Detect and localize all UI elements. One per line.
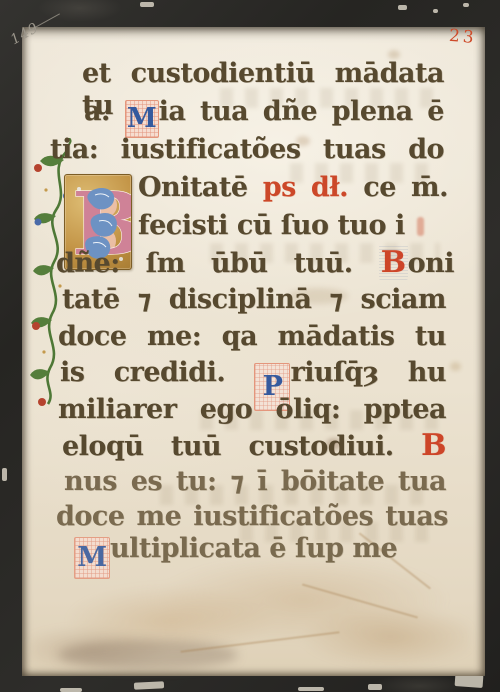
text-line: dñe: ſm ūbū tuū. Boni bbox=[56, 247, 454, 281]
line-text: tia: iustificatões tuas do bbox=[50, 134, 444, 165]
red-folio-number: 23 bbox=[448, 26, 477, 48]
line-text: fecisti cū ſuo tuo i bbox=[138, 210, 405, 241]
line-text: doce me iustificatões tuas bbox=[56, 501, 448, 532]
red-ink-smudge bbox=[417, 217, 424, 236]
line-text: riuſq̄ȝ hu bbox=[290, 357, 446, 388]
text-line: doce me: qa mādatis tu bbox=[58, 321, 446, 355]
text-line: miliarer ego ōliq: pptea bbox=[58, 394, 446, 428]
line-text: dñe: ſm ūbū tuū. bbox=[56, 248, 353, 279]
frame-paint-chip bbox=[60, 688, 82, 692]
frame-paint-chip bbox=[2, 468, 7, 481]
line-text: eloqū tuū custodiui. bbox=[62, 431, 394, 462]
text-line: tatē ⁊ disciplinā ⁊ sciam bbox=[62, 284, 446, 318]
frame-paint-chip bbox=[140, 2, 154, 7]
line-text: tatē ⁊ disciplinā ⁊ sciam bbox=[62, 284, 446, 315]
line-text: ce m̄. bbox=[363, 172, 448, 203]
line-text: doce me: qa mādatis tu bbox=[58, 321, 446, 352]
text-line: fecisti cū ſuo tuo i bbox=[138, 210, 428, 244]
frame-paint-chip bbox=[433, 9, 438, 13]
line-text: nus es tu: ⁊ ī bōitate tua bbox=[64, 466, 446, 497]
text-line: eloqū tuū custodiui. B bbox=[62, 430, 446, 464]
text-line: et custodientiū mādata tu bbox=[82, 58, 444, 92]
frame-paint-chip bbox=[463, 3, 469, 7]
frame-paint-chip bbox=[368, 684, 382, 690]
frame-paint-chip bbox=[398, 5, 407, 10]
line-text: is credidi. bbox=[60, 357, 225, 388]
line-text: miliarer ego ōliq: pptea bbox=[58, 394, 446, 425]
rubricated-initial-b: B bbox=[421, 428, 446, 463]
rubric-text: ps dł. bbox=[263, 172, 348, 203]
penwork-initial-m: M bbox=[125, 100, 159, 138]
rubricated-initial-b: B bbox=[379, 245, 408, 280]
frame-paint-chip bbox=[298, 687, 324, 691]
frame-paint-chip bbox=[134, 681, 164, 690]
text-line: is credidi. Priuſq̄ȝ hu bbox=[60, 357, 446, 391]
line-text: ultiplicata ē ſup me bbox=[110, 533, 397, 564]
line-text: oni bbox=[408, 248, 454, 279]
line-text: Onitatē bbox=[138, 172, 248, 203]
text-line: Onitatē ps dł. ce m̄. bbox=[138, 172, 448, 206]
text-line: tia: iustificatões tuas do bbox=[50, 134, 444, 168]
text-line: doce me iustificatões tuas bbox=[56, 501, 448, 535]
framed-manuscript-photo: B et custodientiū mādata tu a. Mia tua d… bbox=[0, 0, 500, 692]
text-line: Multiplicata ē ſup me bbox=[74, 533, 434, 567]
text-line: a. Mia tua dñe plena ē bbox=[84, 96, 444, 130]
line-text: a. bbox=[84, 96, 110, 127]
penwork-initial-m: M bbox=[74, 537, 110, 579]
line-text: ia tua dñe plena ē bbox=[159, 96, 444, 127]
text-line: nus es tu: ⁊ ī bōitate tua bbox=[64, 466, 446, 500]
